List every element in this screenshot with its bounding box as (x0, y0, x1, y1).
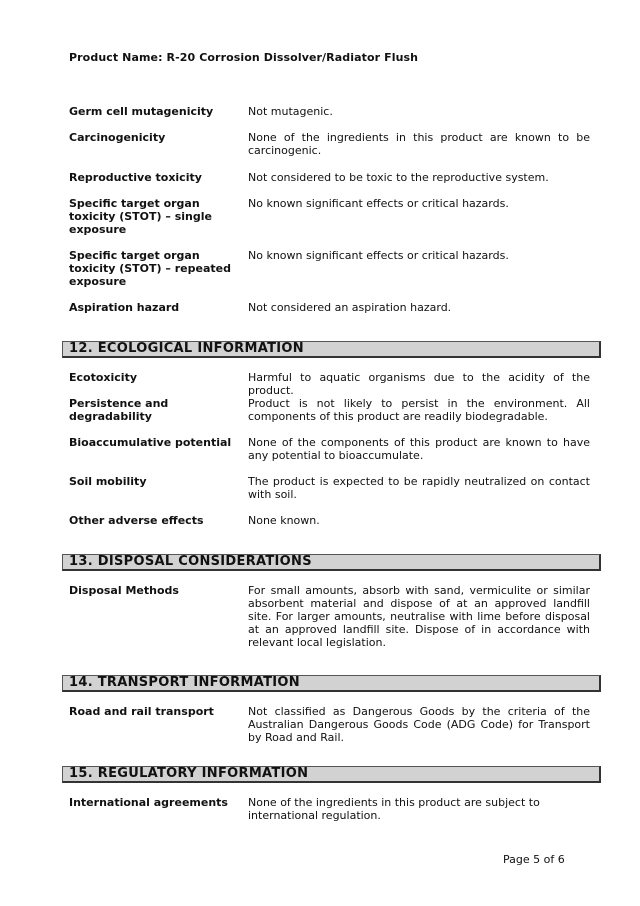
row-label: Specific target organ toxicity (STOT) – … (69, 197, 229, 236)
row-label: International agreements (69, 796, 239, 809)
row-value: Product is not likely to persist in the … (248, 397, 590, 423)
row-value: Not classified as Dangerous Goods by the… (248, 705, 590, 744)
row-value: No known significant effects or critical… (248, 249, 590, 262)
row-value: Not considered to be toxic to the reprod… (248, 171, 590, 184)
row-value: Not mutagenic. (248, 105, 590, 118)
row-value: None of the ingredients in this product … (248, 131, 590, 157)
sds-page: Product Name: R-20 Corrosion Dissolver/R… (0, 0, 640, 906)
row-value: None of the components of this product a… (248, 436, 590, 462)
row-label: Soil mobility (69, 475, 239, 488)
row-label: Persistence and degradability (69, 397, 189, 423)
row-value: None of the ingredients in this product … (248, 796, 548, 822)
row-value: Not considered an aspiration hazard. (248, 301, 590, 314)
row-label: Germ cell mutagenicity (69, 105, 239, 118)
row-label: Aspiration hazard (69, 301, 239, 314)
row-label: Road and rail transport (69, 705, 239, 718)
row-label: Disposal Methods (69, 584, 239, 597)
row-value: The product is expected to be rapidly ne… (248, 475, 590, 501)
product-name: Product Name: R-20 Corrosion Dissolver/R… (69, 51, 418, 64)
row-value: No known significant effects or critical… (248, 197, 590, 210)
row-label: Carcinogenicity (69, 131, 239, 144)
section-header-regulatory: 15. REGULATORY INFORMATION (62, 766, 601, 783)
row-label: Bioaccumulative potential (69, 436, 239, 449)
row-label: Ecotoxicity (69, 371, 239, 384)
row-label: Specific target organ toxicity (STOT) – … (69, 249, 235, 288)
section-header-transport: 14. TRANSPORT INFORMATION (62, 675, 601, 692)
row-value: Harmful to aquatic organisms due to the … (248, 371, 590, 397)
section-header-ecological: 12. ECOLOGICAL INFORMATION (62, 341, 601, 358)
row-label: Other adverse effects (69, 514, 239, 527)
row-value: For small amounts, absorb with sand, ver… (248, 584, 590, 649)
section-header-disposal: 13. DISPOSAL CONSIDERATIONS (62, 554, 601, 571)
row-value: None known. (248, 514, 590, 527)
row-label: Reproductive toxicity (69, 171, 239, 184)
page-number: Page 5 of 6 (503, 853, 565, 866)
